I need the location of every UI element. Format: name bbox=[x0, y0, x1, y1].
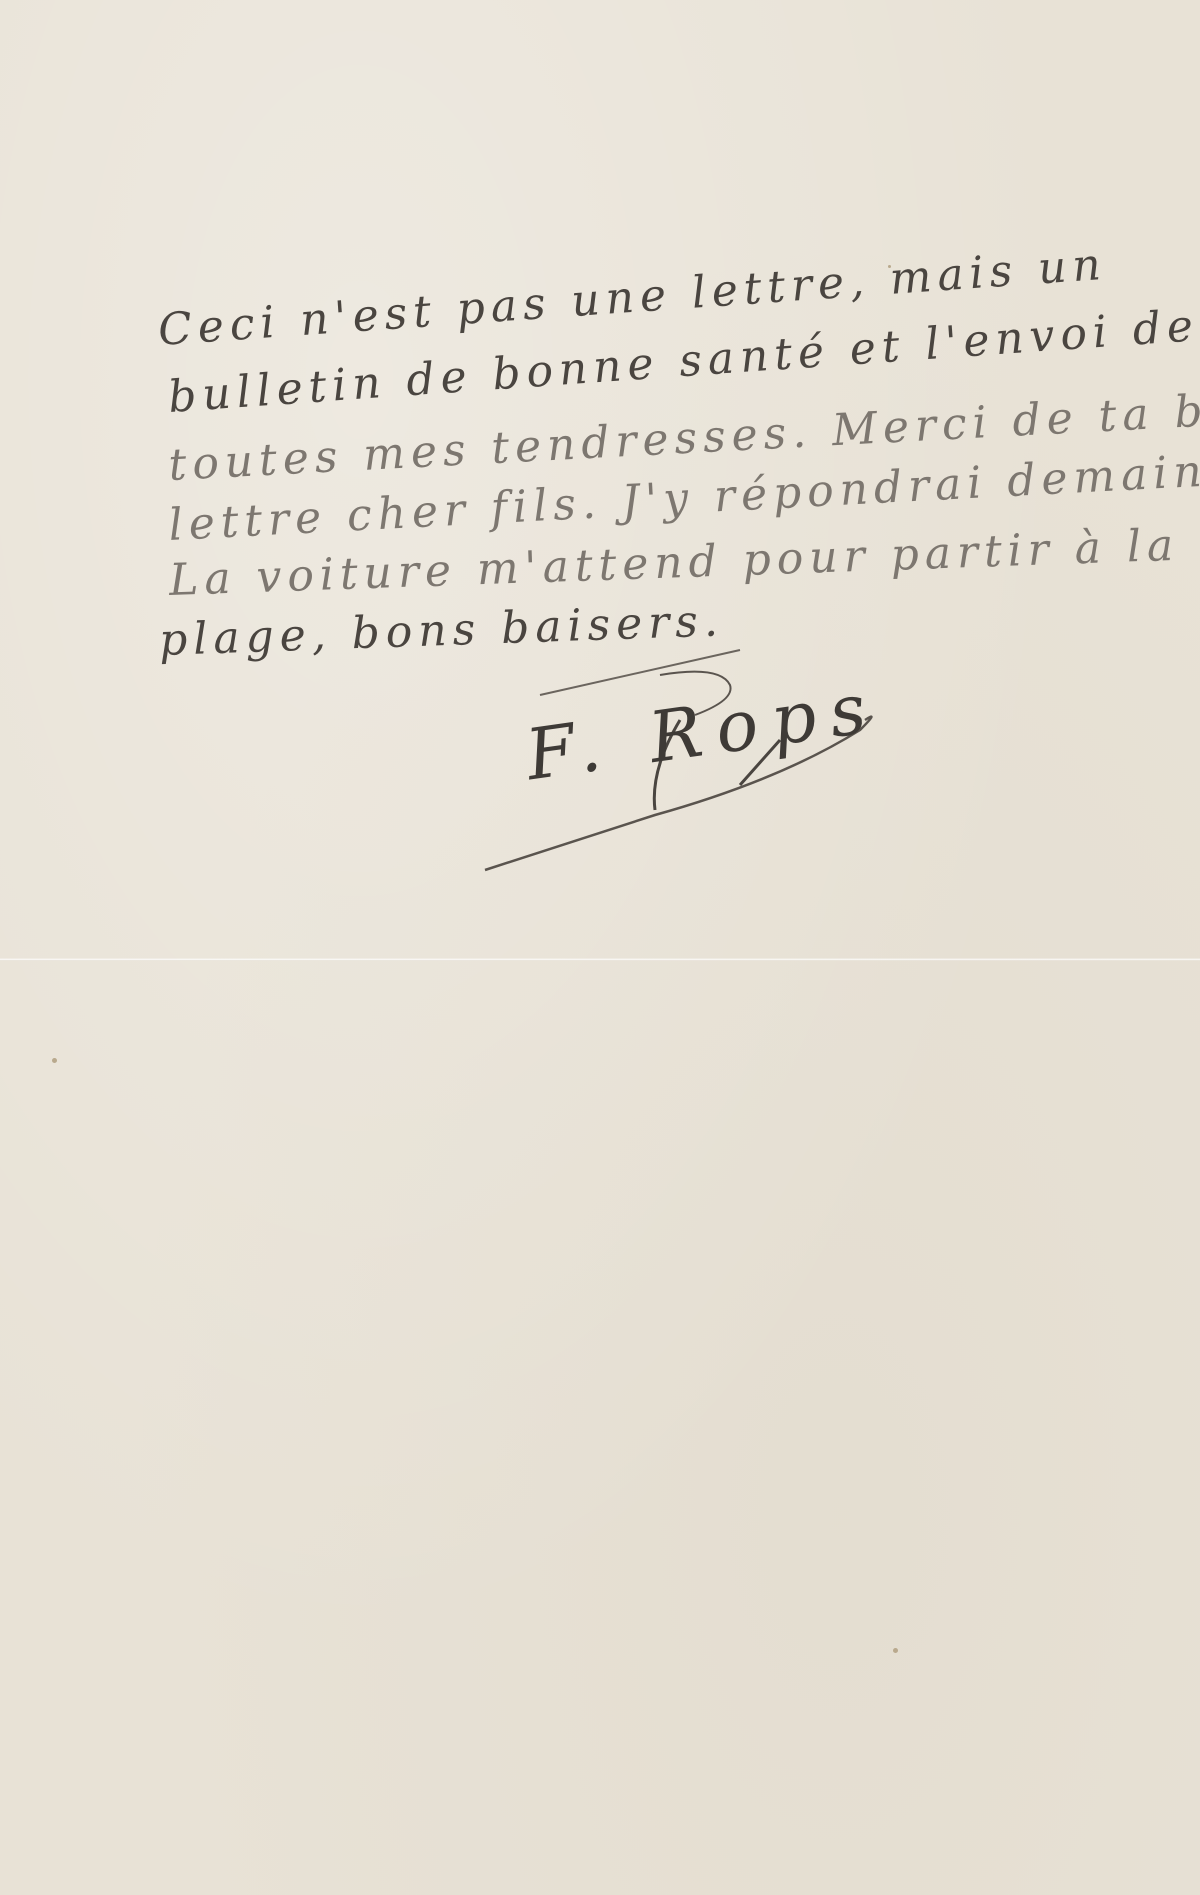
paper-speck bbox=[52, 1058, 57, 1063]
paper-fold-crease bbox=[0, 958, 1200, 961]
letter-paper: Ceci n'est pas une lettre, mais un bulle… bbox=[0, 0, 1200, 1895]
paper-speck bbox=[893, 1648, 898, 1653]
